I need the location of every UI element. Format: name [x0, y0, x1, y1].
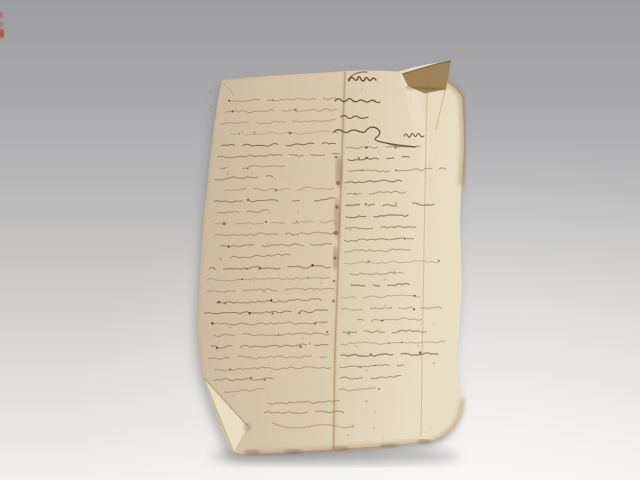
manuscript-photo [0, 0, 640, 480]
photo-frame [0, 0, 640, 480]
